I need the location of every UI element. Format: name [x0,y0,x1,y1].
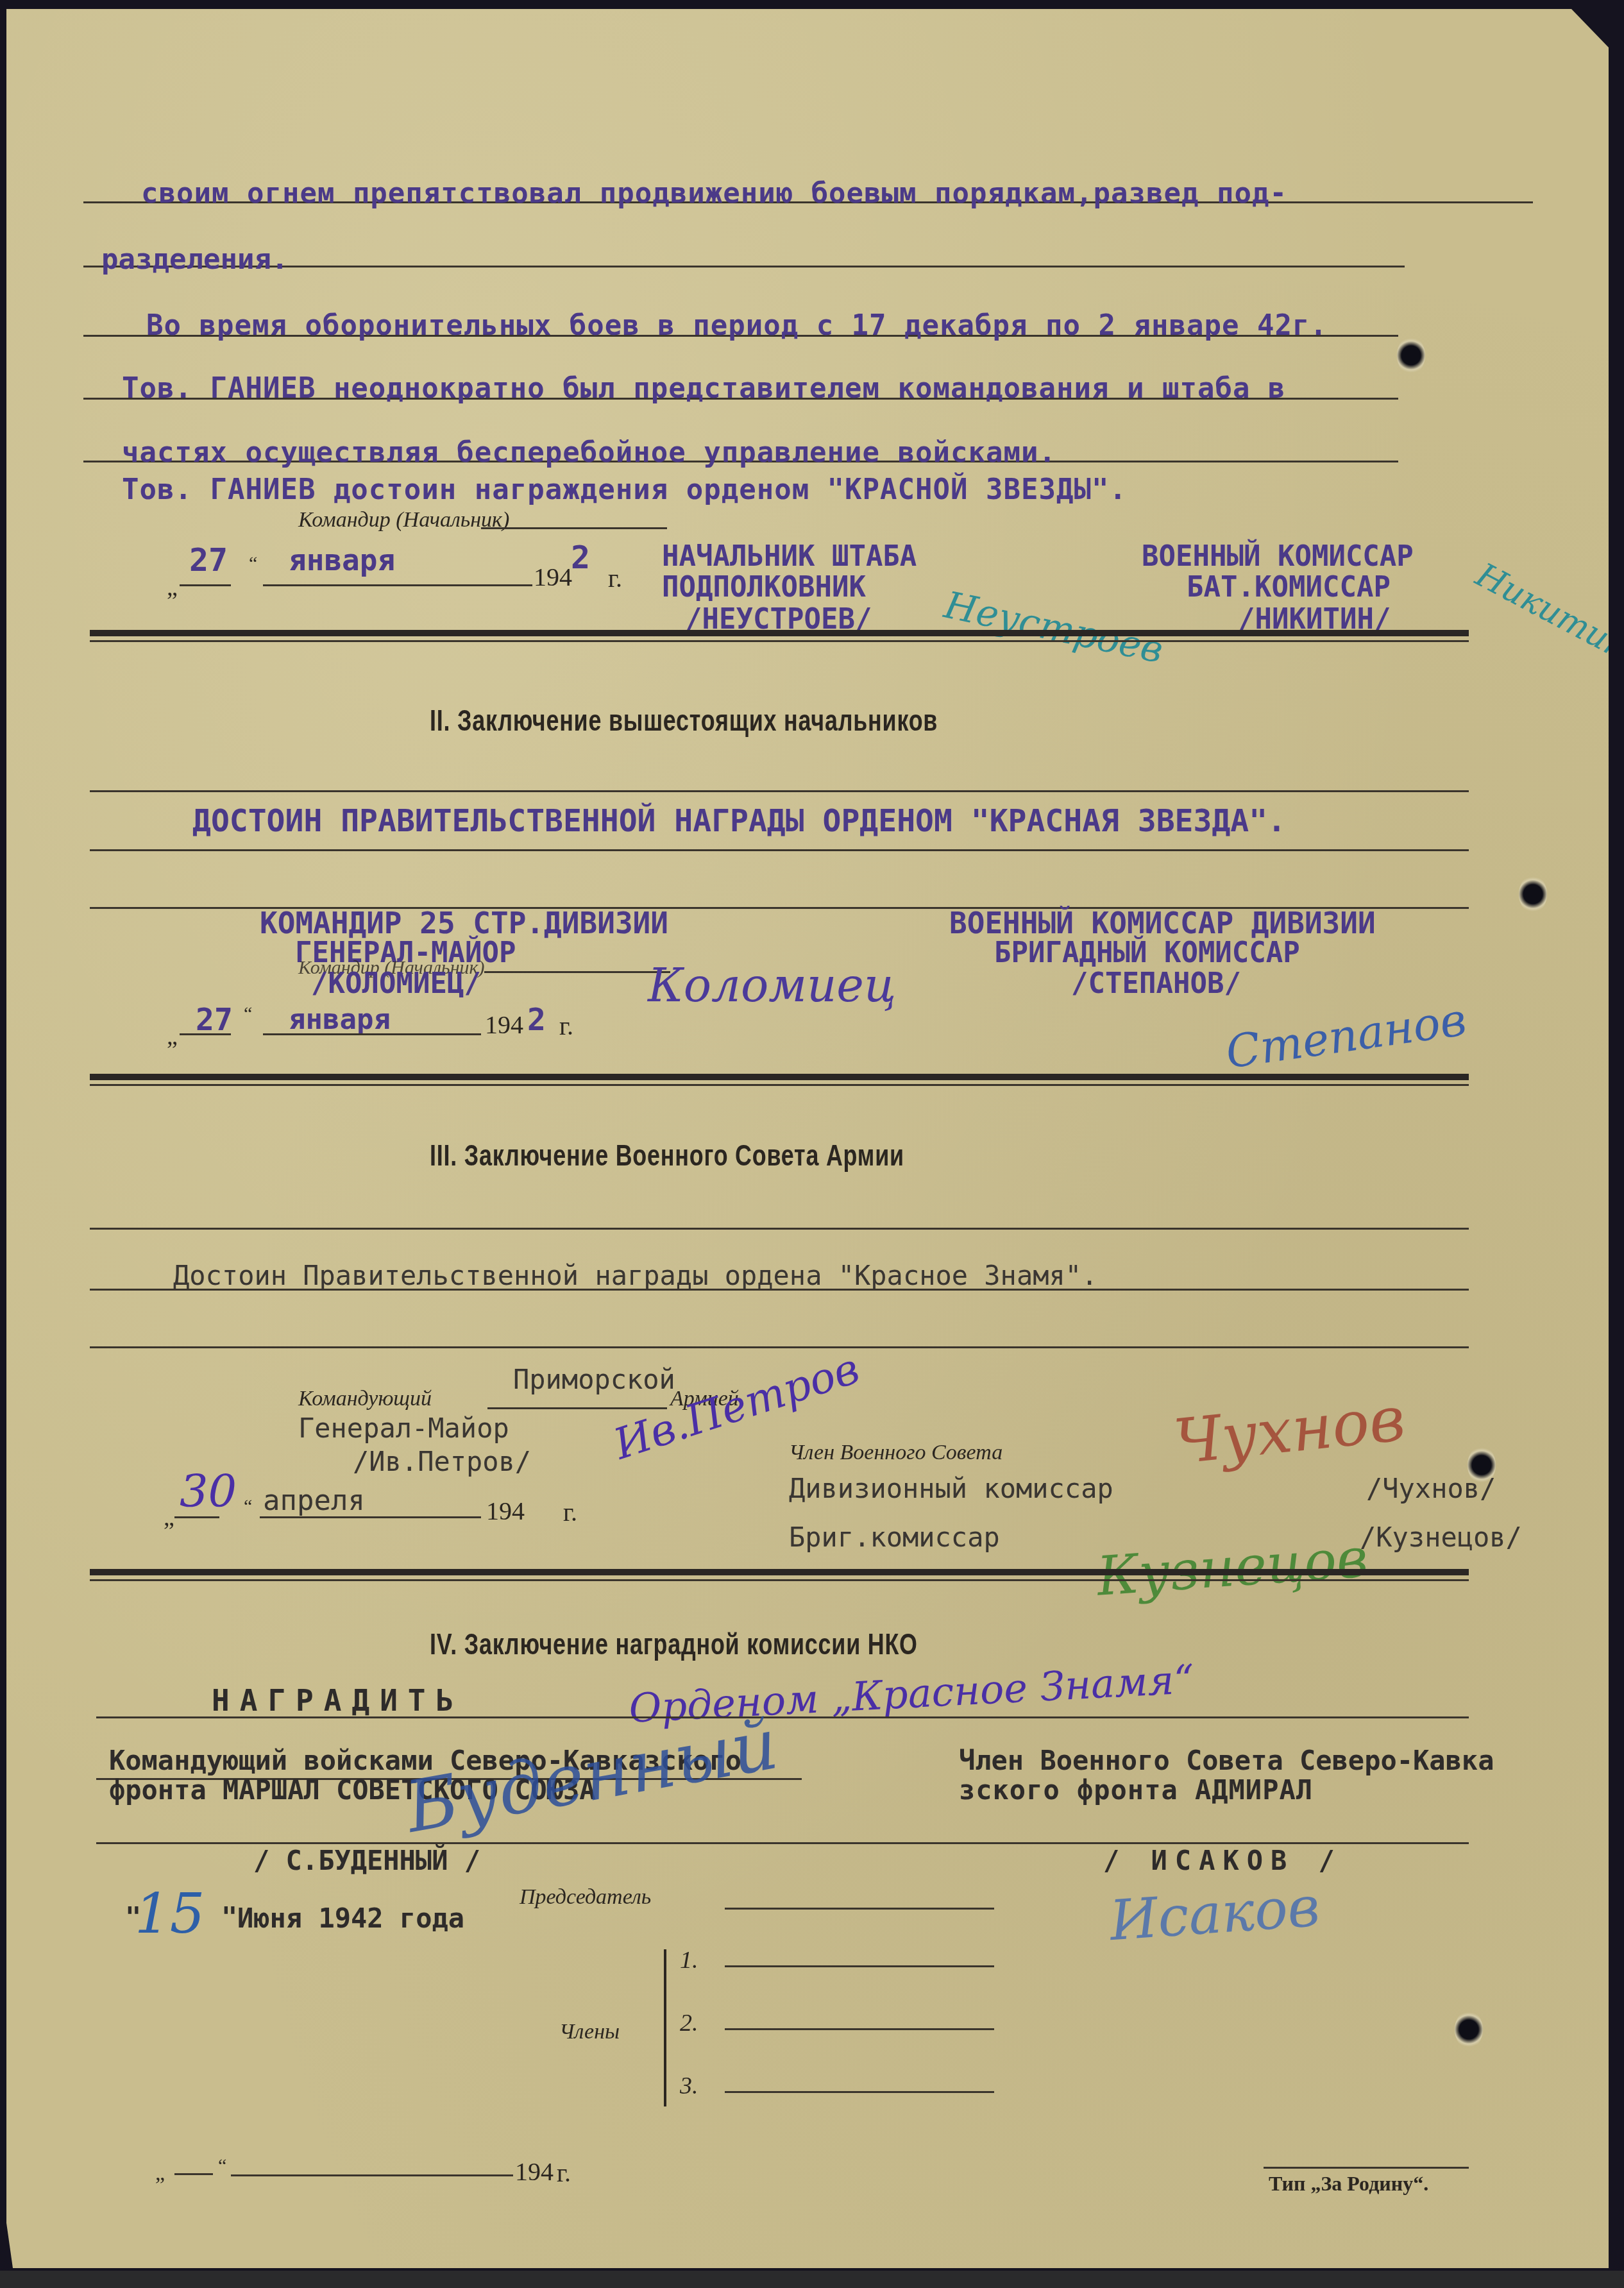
chairman-signature-line [725,1908,994,1910]
punch-hole [1455,2010,1483,2049]
form-rule [90,1228,1469,1230]
day-line [180,1033,231,1035]
form-rule [90,1346,1469,1348]
signature-budenny: Буденный [400,1702,783,1849]
section-ii-conclusion: ДОСТОИН ПРАВИТЕЛЬСТВЕННОЙ НАГРАДЫ ОРДЕНО… [192,803,1286,839]
form-rule [96,1842,1469,1844]
month-line [263,584,532,586]
month-line [231,2174,513,2176]
member-signature-line [725,1965,994,1967]
signature-chukhnov: Чухнов [1171,1382,1408,1478]
punch-hole [1519,875,1547,913]
month-line [263,1033,481,1035]
body-line-3: Во время оборонительных боев в период с … [146,309,1328,342]
day-line [174,2173,213,2175]
signature-stepanov: Степанов [1222,993,1469,1079]
form-rule [90,849,1469,851]
section-divider-thin [90,1579,1469,1581]
commander-label: Командир (Начальник) [298,508,509,532]
member-signature-line [725,2028,994,2030]
chairman-label: Председатель [520,1885,651,1910]
punch-hole [1468,1446,1496,1484]
printer-mark: Тип „За Родину“. [1269,2172,1428,2196]
body-line-2: разделения. [101,243,288,276]
section-divider [90,1569,1469,1575]
signature-kolomiets: Коломиец [648,958,896,1012]
section-iii-conclusion: Достоин Правительственной награды ордена… [173,1260,1097,1291]
section-divider-thin [90,1084,1469,1086]
members-bracket [664,1949,666,2106]
document-page: своим огнем препятствовал продвижению бо… [6,9,1609,2268]
section-divider [90,1074,1469,1080]
section-divider-thin [90,640,1469,642]
body-line-4: Тов. ГАНИЕВ неоднократно был представите… [122,372,1285,405]
form-rule [90,790,1469,792]
section-iv-heading: IV. Заключение наградной комиссии НКО [430,1627,918,1661]
commander-signature-line [487,1407,667,1409]
day-line [174,1516,219,1518]
signature-nikitin: Никитин [1469,555,1624,668]
section-divider [90,630,1469,636]
commander-signature-line [484,971,670,973]
date-month: января [289,543,395,577]
body-line-5: частях осуществляя бесперебойное управле… [122,436,1056,469]
body-line-6: Тов. ГАНИЕВ достоин награждения орденом … [122,473,1127,506]
body-line-1: своим огнем препятствовал продвижению бо… [141,177,1287,210]
section-iii-heading: III. Заключение Военного Совета Армии [430,1138,904,1173]
signature-isakov: Исаков [1108,1875,1322,1954]
signature-kuznetsov: Кузнецов [1095,1526,1369,1607]
printer-mark-rule [1264,2167,1469,2169]
award-verb: НАГРАДИТЬ [212,1683,464,1718]
commander-signature-line [481,527,667,529]
members-label: Члены [559,2020,620,2044]
day-line [180,584,231,586]
month-line [260,1516,481,1518]
form-rule [90,1289,1469,1291]
date-day: 27 [189,541,228,579]
form-rule [96,1716,1469,1718]
punch-hole [1397,336,1425,375]
signature-neustroev: Неустроев [941,583,1167,672]
section-ii-heading: II. Заключение вышестоящих начальников [430,703,938,738]
member-signature-line [725,2091,994,2093]
